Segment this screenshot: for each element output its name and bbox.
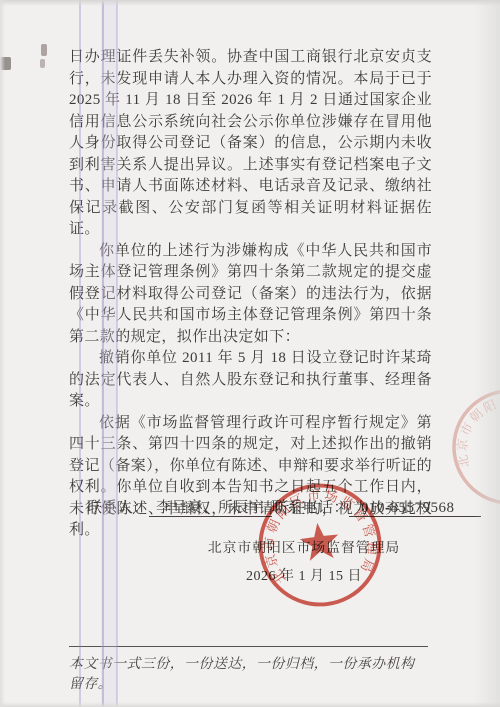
- footer-note: 本文书一式三份，一份送达，一份归档，一份承办机构留存。: [69, 646, 428, 692]
- scan-stripe-line: [102, 0, 104, 707]
- body-paragraph: 你单位的上述行为涉嫌构成《中华人民共和国市场主体登记管理条例》第四十条第二款规定…: [69, 241, 432, 349]
- star-icon: [298, 520, 341, 561]
- scan-edge-left: [0, 0, 5, 707]
- scan-edge-top: [0, 0, 500, 6]
- scanned-document-page: 日办理证件丢失补领。协查中国工商银行北京安贞支行，未发现申请人本人办理入资的情况…: [0, 0, 500, 707]
- footer-note-text: 本文书一式三份，一份送达，一份归档，一份承办机构留存。: [69, 656, 415, 691]
- body-paragraph: 日办理证件丢失补领。协查中国工商银行北京安贞支行，未发现申请人本人办理入资的情况…: [69, 47, 432, 241]
- body-paragraph: 撤销你单位 2011 年 5 月 18 日设立登记时许某琦的法定代表人、自然人股…: [69, 348, 432, 413]
- scan-stripe-line: [79, 0, 81, 707]
- scan-edge-bottom: [0, 702, 500, 707]
- scan-stripe-line: [116, 0, 118, 707]
- scan-edge-right: [474, 0, 500, 707]
- scan-speck: [40, 59, 45, 68]
- scan-speck: [41, 44, 47, 56]
- official-seal: 北京市朝阳区市场监督管理局: [233, 458, 407, 632]
